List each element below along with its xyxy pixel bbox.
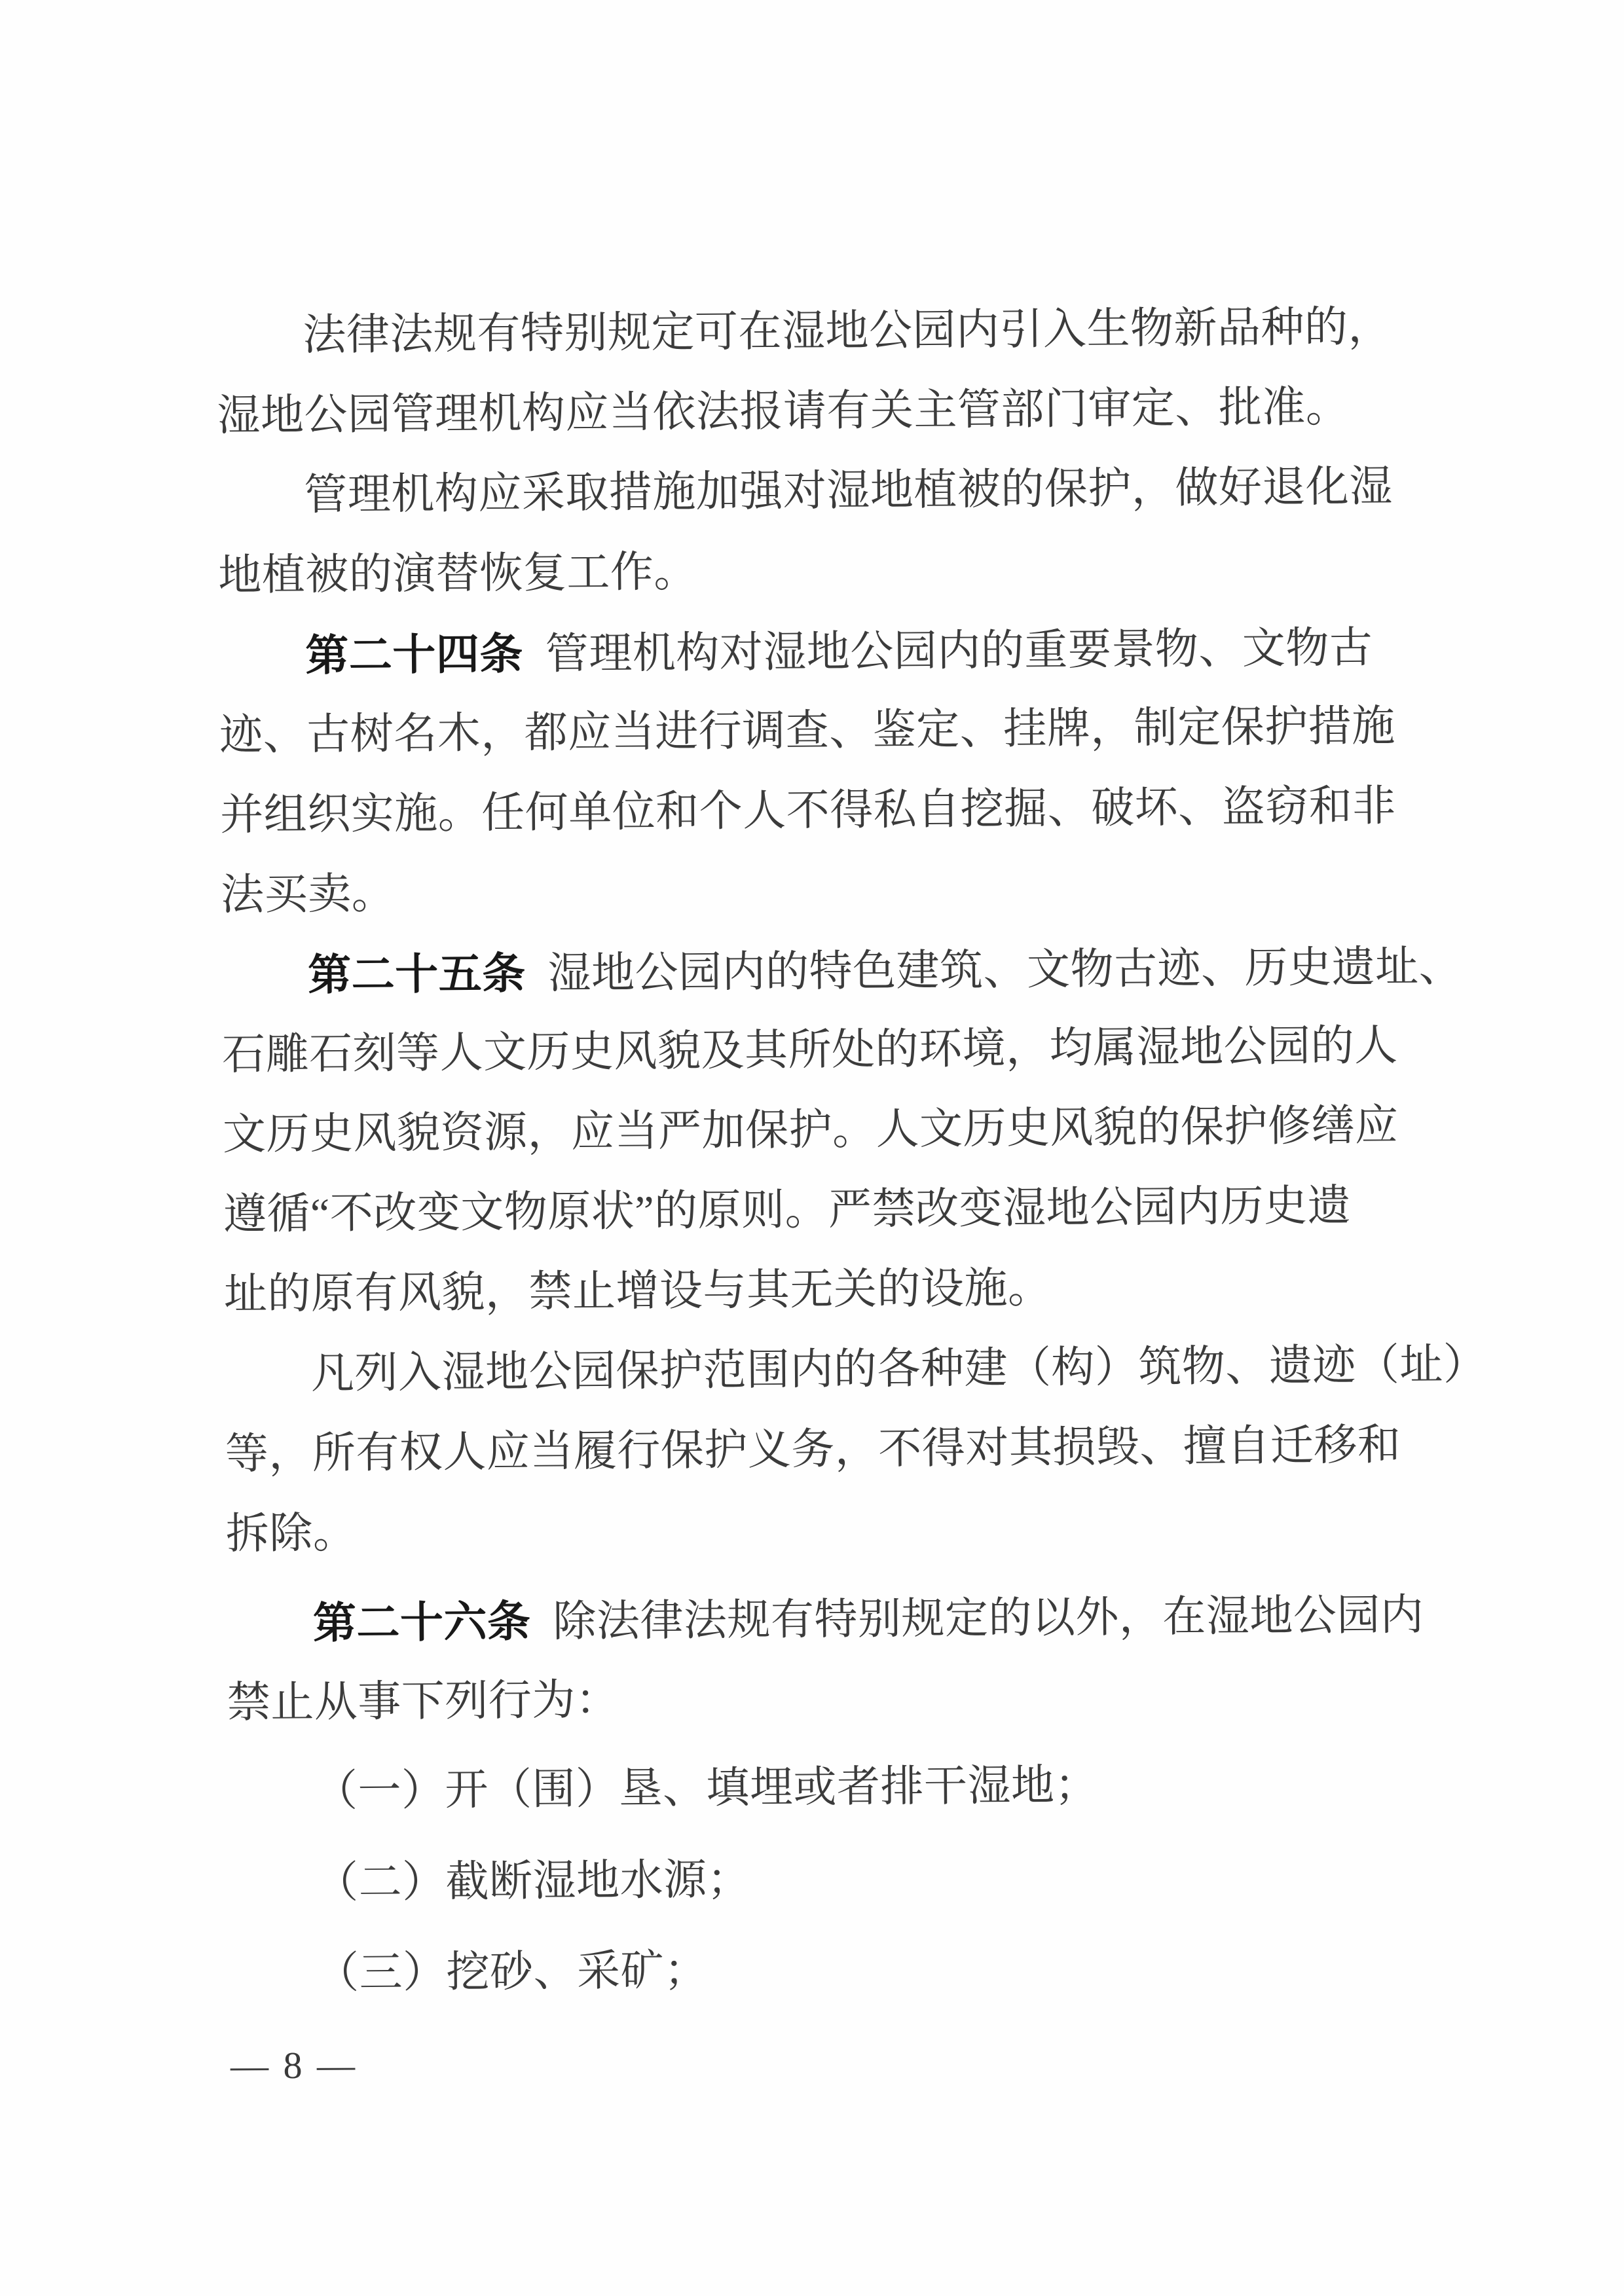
text-line: 地植被的演替恢复工作。 — [218, 526, 1463, 616]
text-line: 并组织实施。任何单位和个人不得私自挖掘、破坏、盗窃和非 — [220, 766, 1465, 856]
line-text: 址的原有风貌，禁止增设与其无关的设施。 — [224, 1264, 1052, 1319]
line-text: 遵循“不改变文物原状”的原则。严禁改变湿地公园内历史遗 — [223, 1182, 1352, 1239]
line-text: 文历史风貌资源，应当严加保护。人文历史风貌的保护修缮应 — [223, 1102, 1399, 1159]
line-text: 湿地公园内的特色建筑、文物古迹、历史遗址、 — [547, 943, 1462, 998]
line-text: 禁止从事下列行为： — [227, 1676, 619, 1727]
text-line: 拆除。 — [225, 1485, 1470, 1575]
text-line: 法律法规有特别规定可在湿地公园内引入生物新品种的， — [216, 287, 1461, 376]
article-number: 第二十四条 — [305, 629, 523, 680]
line-text: （三）挖砂、采矿； — [316, 1946, 708, 1997]
text-line: 第二十四条管理机构对湿地公园内的重要景物、文物古 — [219, 606, 1464, 696]
line-text: 石雕石刻等人文历史风貌及其所处的环境，均属湿地公园的人 — [222, 1022, 1398, 1079]
text-line: （一）开（围）垦、填埋或者排干湿地； — [227, 1743, 1472, 1832]
text-line: 石雕石刻等人文历史风貌及其所处的环境，均属湿地公园的人 — [222, 1006, 1467, 1095]
line-text: 管理机构对湿地公园内的重要景物、文物古 — [545, 624, 1373, 678]
text-line: 禁止从事下列行为： — [227, 1654, 1471, 1743]
text-line: 凡列入湿地公园保护范围内的各种建（构）筑物、遗迹（址） — [224, 1325, 1469, 1415]
line-text: （二）截断湿地水源； — [315, 1856, 751, 1907]
scanned-page: 法律法规有特别规定可在湿地公园内引入生物新品种的， 湿地公园管理机构应当依法报请… — [0, 0, 1624, 2296]
line-text: 等，所有权人应当履行保护义务，不得对其损毁、擅自迁移和 — [225, 1421, 1401, 1478]
line-text: 迹、古树名木，都应当进行调查、鉴定、挂牌，制定保护措施 — [219, 702, 1395, 759]
article-number: 第二十五条 — [308, 949, 526, 999]
text-line: 文历史风貌资源，应当严加保护。人文历史风貌的保护修缮应 — [223, 1085, 1467, 1175]
line-text: 并组织实施。任何单位和个人不得私自挖掘、破坏、盗窃和非 — [220, 782, 1396, 839]
text-line: 第二十六条除法律法规有特别规定的以外，在湿地公园内 — [226, 1574, 1471, 1664]
line-text: 湿地公园管理机构应当依法报请有关主管部门审定、批准。 — [217, 383, 1350, 440]
article-number: 第二十六条 — [313, 1597, 531, 1647]
line-text: 拆除。 — [226, 1509, 357, 1558]
text-line: （三）挖砂、采矿； — [229, 1925, 1474, 2014]
text-line: 遵循“不改变文物原状”的原则。严禁改变湿地公园内历史遗 — [223, 1165, 1468, 1255]
text-line: 第二十五条湿地公园内的特色建筑、文物古迹、历史遗址、 — [221, 926, 1466, 1015]
line-text: 法律法规有特别规定可在湿地公园内引入生物新品种的， — [303, 303, 1392, 359]
line-text: 法买卖。 — [221, 870, 396, 919]
text-line: 等，所有权人应当履行保护义务，不得对其损毁、擅自迁移和 — [225, 1405, 1469, 1495]
text-line: 址的原有风貌，禁止增设与其无关的设施。 — [223, 1245, 1468, 1335]
line-text: 除法律法规有特别规定的以外，在湿地公园内 — [553, 1592, 1424, 1646]
line-text: 凡列入湿地公园保护范围内的各种建（构）筑物、遗迹（址） — [311, 1341, 1487, 1398]
document-text: 法律法规有特别规定可在湿地公园内引入生物新品种的， 湿地公园管理机构应当依法报请… — [216, 287, 1474, 2014]
line-text: （一）开（围）垦、填埋或者排干湿地； — [314, 1761, 1099, 1815]
line-text: 地植被的演替恢复工作。 — [218, 548, 697, 600]
line-text: 管理机构应采取措施加强对湿地植被的保护，做好退化湿 — [304, 463, 1393, 519]
text-line: （二）截断湿地水源； — [229, 1834, 1473, 1924]
page-number: — 8 — — [231, 2045, 358, 2086]
text-line: 管理机构应采取措施加强对湿地植被的保护，做好退化湿 — [217, 446, 1462, 536]
text-line: 迹、古树名木，都应当进行调查、鉴定、挂牌，制定保护措施 — [219, 686, 1464, 776]
text-line: 法买卖。 — [221, 846, 1466, 936]
text-line: 湿地公园管理机构应当依法报请有关主管部门审定、批准。 — [217, 367, 1462, 456]
